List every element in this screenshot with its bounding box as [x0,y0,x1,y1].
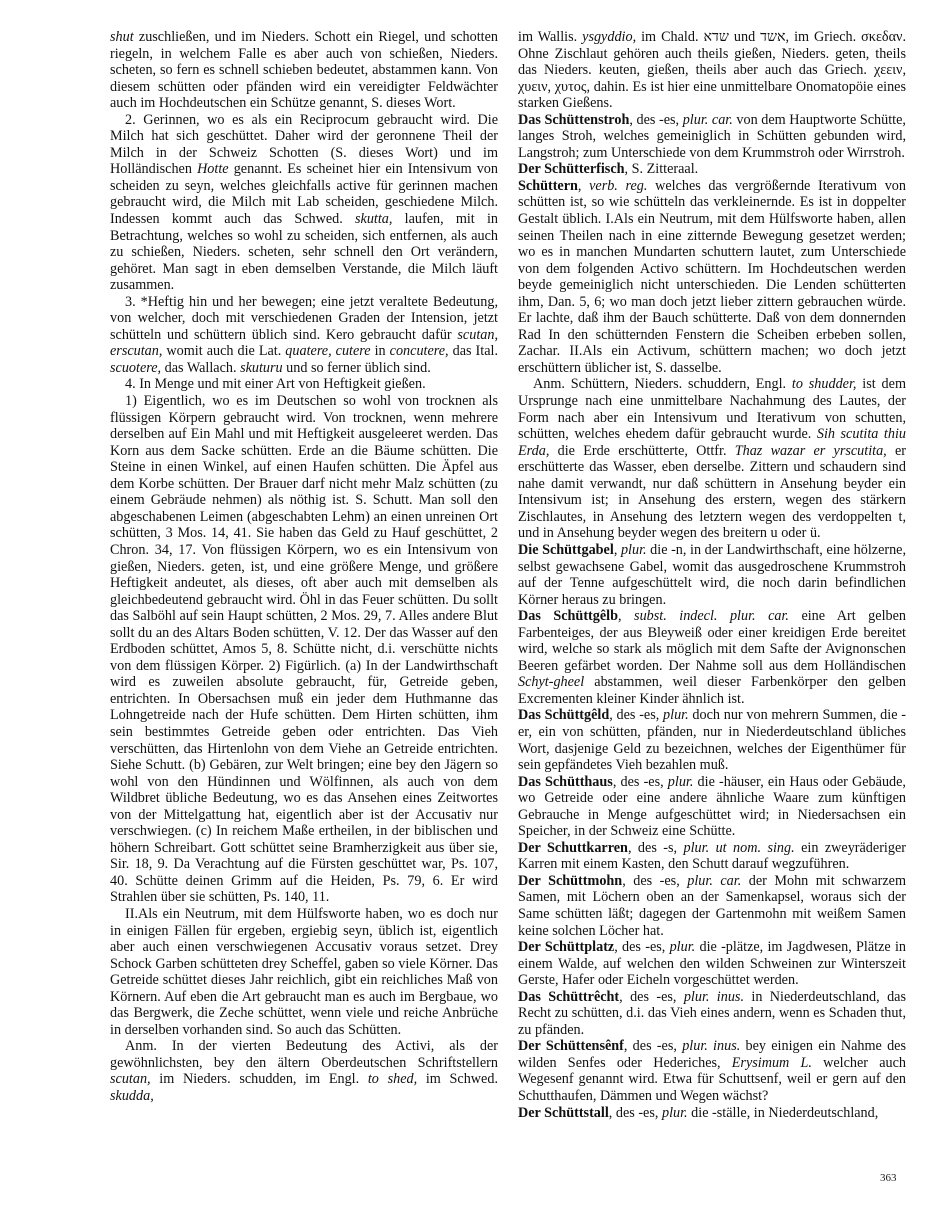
page-number: 363 [880,1172,897,1184]
dictionary-entry: Die Schüttgabel, plur. die -n, in der La… [518,542,906,608]
dictionary-entry: Schüttern, verb. reg. welches das vergrö… [518,178,906,377]
dictionary-entry: Der Schüttmohn, des -es, plur. car. der … [518,873,906,939]
paragraph: im Wallis. ysgyddio, im Chald. שדא und א… [518,29,906,112]
paragraph: II.Als ein Neutrum, mit dem Hülfsworte h… [110,906,498,1038]
italic-term: to shed, [368,1071,417,1087]
italic-term: scutan, [110,1071,151,1087]
headword: Schüttern [518,178,578,194]
left-column: shut zuschließen, und im Nieders. Schott… [110,29,498,1105]
paragraph: 2. Gerinnen, wo es als ein Reciprocum ge… [110,112,498,294]
italic-term: plur. [668,774,694,790]
headword: Der Schüttmohn [518,873,622,889]
paragraph: shut zuschließen, und im Nieders. Schott… [110,29,498,112]
text-run: im Nieders. schudden, im Engl. [151,1071,368,1087]
italic-term: scuotere, [110,360,161,376]
headword: Der Schüttstall [518,1105,609,1121]
italic-term: skuturu [240,360,283,376]
text-run: 3. *Heftig hin und her bewegen; eine jet… [110,294,498,343]
text-run: in [371,343,390,359]
text-run: die -ställe, in Niederdeutschland, [688,1105,879,1121]
paragraph: 3. *Heftig hin und her bewegen; eine jet… [110,294,498,377]
text-run: das Ital. [449,343,498,359]
italic-term: Hotte [197,161,229,177]
italic-term: plur. ut nom. sing. [684,840,795,856]
headword: Das Schüttgêlb [518,608,618,624]
text-run: das Wallach. [161,360,240,376]
headword: Der Schüttensênf [518,1038,624,1054]
headword: Das Schüttgêld [518,707,609,723]
italic-term: Thaz wazar er yrscutita, [735,443,887,459]
dictionary-entry: Das Schüttrêcht, des -es, plur. inus. in… [518,989,906,1039]
text-run: , [614,542,621,558]
italic-term: plur. [670,939,696,955]
text-run: welches das vergrößernde Iterativum von … [518,178,906,376]
headword: Der Schuttkarren [518,840,628,856]
italic-term: to shudder, [792,376,857,392]
dictionary-entry: Der Schüttplatz, des -es, plur. die -plä… [518,939,906,989]
italic-term: shut [110,29,134,45]
text-run: und so ferner üblich sind. [283,360,431,376]
text-run: 1) Eigentlich, wo es im Deutschen so woh… [110,393,498,905]
text-run: , des -es, [629,112,682,128]
text-run: , S. Zitteraal. [625,161,699,177]
paragraph: Anm. Schüttern, Nieders. schuddern, Engl… [518,376,906,541]
italic-term: quatere, cutere [285,343,370,359]
text-run: , des -es, [609,1105,662,1121]
dictionary-entry: Das Schüttenstroh, des -es, plur. car. v… [518,112,906,162]
text-run: Anm. Schüttern, Nieders. schuddern, Engl… [533,376,792,392]
text-run: , des -es, [613,774,668,790]
italic-term: plur. [621,542,647,558]
paragraph: 4. In Menge und mit einer Art von Heftig… [110,376,498,393]
dictionary-entry: Das Schütthaus, des -es, plur. die -häus… [518,774,906,840]
paragraph: Anm. In der vierten Bedeutung des Activi… [110,1038,498,1104]
italic-term: Schyt-gheel [518,674,584,690]
text-run: die Erde erschütterte, Ottfr. [549,443,734,459]
italic-term: verb. reg. [589,178,647,194]
dictionary-entry: Der Schüttensênf, des -es, plur. inus. b… [518,1038,906,1104]
text-run: , [618,608,634,624]
dictionary-entry: Der Schüttstall, des -es, plur. die -stä… [518,1105,906,1122]
italic-term: Erysimum L. [732,1055,812,1071]
text-run: womit auch die Lat. [162,343,285,359]
italic-term: ysgyddio, [582,29,636,45]
italic-term: concutere, [390,343,449,359]
italic-term: plur. inus. [684,989,744,1005]
headword: Der Schütterfisch [518,161,625,177]
italic-term: plur. inus. [682,1038,740,1054]
text-run: , [578,178,589,194]
text-run: , des -es, [609,707,663,723]
paragraph: 1) Eigentlich, wo es im Deutschen so woh… [110,393,498,906]
text-run: Anm. In der vierten Bedeutung des Activi… [110,1038,498,1071]
text-run: im Schwed. [417,1071,498,1087]
italic-term: subst. indecl. plur. car. [634,608,789,624]
headword: Das Schüttrêcht [518,989,619,1005]
text-run: II.Als ein Neutrum, mit dem Hülfsworte h… [110,906,498,1038]
italic-term: skutta, [355,211,392,227]
dictionary-entry: Der Schuttkarren, des -s, plur. ut nom. … [518,840,906,873]
dictionary-page: shut zuschließen, und im Nieders. Schott… [0,0,935,1210]
text-run: , des -es, [622,873,687,889]
italic-term: skudda, [110,1088,154,1104]
italic-term: plur. [663,707,689,723]
dictionary-entry: Das Schüttgêlb, subst. indecl. plur. car… [518,608,906,707]
text-run: , des -es, [619,989,684,1005]
headword: Das Schüttenstroh [518,112,629,128]
italic-term: plur. [662,1105,688,1121]
headword: Die Schüttgabel [518,542,614,558]
text-run: zuschließen, und im Nieders. Schott ein … [110,29,498,111]
italic-term: plur. car. [687,873,741,889]
headword: Das Schütthaus [518,774,613,790]
text-run: im Wallis. [518,29,582,45]
dictionary-entry: Das Schüttgêld, des -es, plur. doch nur … [518,707,906,773]
italic-term: plur. car. [683,112,733,128]
right-column: im Wallis. ysgyddio, im Chald. שדא und א… [518,29,906,1121]
text-run: , des -es, [624,1038,682,1054]
text-run: , des -s, [628,840,684,856]
text-run: , des -es, [614,939,669,955]
dictionary-entry: Der Schütterfisch, S. Zitteraal. [518,161,906,178]
headword: Der Schüttplatz [518,939,614,955]
text-run: 4. In Menge und mit einer Art von Heftig… [125,376,426,392]
